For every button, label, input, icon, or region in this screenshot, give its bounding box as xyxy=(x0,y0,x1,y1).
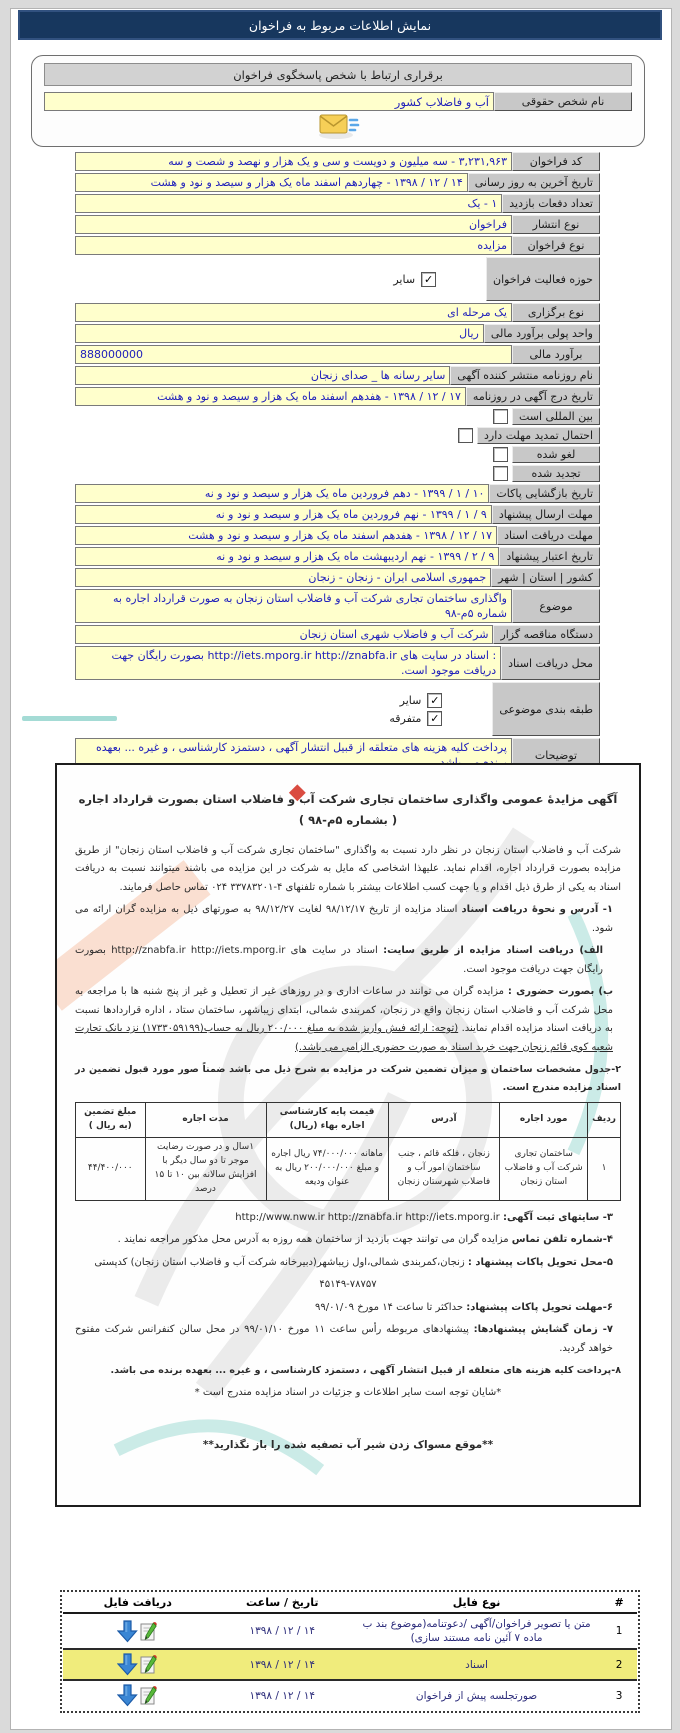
download-file-button[interactable] xyxy=(117,1684,138,1707)
field-label: نوع برگزاری xyxy=(512,303,600,322)
edit-file-button[interactable] xyxy=(139,1621,159,1642)
doc-table-cell: زنجان ، فلکه قائم ، جنب ساختمان امور آب … xyxy=(388,1138,500,1201)
doc-table-header-cell: مدت اجاره xyxy=(145,1103,266,1138)
checkbox-option xyxy=(79,428,473,443)
field-label: تجدید شده xyxy=(512,465,600,482)
field-label: نوع انتشار xyxy=(512,215,600,234)
doc-table-cell: ۴۴/۴۰۰/۰۰۰ xyxy=(76,1138,146,1201)
attachments-panel: #نوع فایلتاریخ / ساعتدریافت فایل 1متن یا… xyxy=(60,1590,640,1713)
field-label: دستگاه مناقصه گزار xyxy=(493,625,600,644)
checked-checkbox-icon[interactable]: ✓ xyxy=(427,711,442,726)
unchecked-checkbox-icon[interactable] xyxy=(493,409,508,424)
attachment-actions xyxy=(63,1680,213,1710)
edit-file-icon xyxy=(139,1685,159,1706)
field-value[interactable]: ۱ - یک xyxy=(75,194,502,213)
form-row: تاریخ درج آگهی در روزنامه۱۷ / ۱۲ / ۱۳۹۸ … xyxy=(75,387,600,406)
attachment-actions xyxy=(63,1613,213,1649)
document-paragraph: ۵-محل تحویل پاکات پیشنهاد : زنجان،کمربند… xyxy=(75,1254,621,1273)
form-row: نوع برگزارییک مرحله ای xyxy=(75,303,600,322)
form-row: واحد پولی برآورد مالیریال xyxy=(75,324,600,343)
field-value[interactable]: فراخوان xyxy=(75,215,512,234)
attachment-action-icons xyxy=(67,1620,209,1643)
edit-file-button[interactable] xyxy=(139,1685,159,1706)
field-checkbox-group xyxy=(75,465,512,482)
field-value[interactable]: ۹ / ۱ / ۱۳۹۹ - نهم فروردین ماه یک هزار و… xyxy=(75,505,492,524)
contact-panel-header: برقراری ارتباط با شخص پاسخگوی فراخوان xyxy=(44,63,632,86)
field-label: حوزه فعالیت فراخوان xyxy=(486,257,600,301)
announcement-body-bottom: ۳- سایتهای ثبت آگهی: http://www.nww.ir h… xyxy=(75,1209,621,1507)
attachments-header-cell: نوع فایل xyxy=(352,1593,601,1613)
form-row: مهلت ارسال پیشنهاد۹ / ۱ / ۱۳۹۹ - نهم فرو… xyxy=(75,505,600,524)
legal-person-label: نام شخص حقوقی xyxy=(494,92,632,111)
legal-person-input[interactable]: آب و فاضلاب کشور xyxy=(44,92,494,111)
field-value[interactable]: واگذاری ساختمان تجاری شرکت آب و فاضلاب ا… xyxy=(75,589,512,623)
form-row: تجدید شده xyxy=(75,465,600,482)
contact-panel: برقراری ارتباط با شخص پاسخگوی فراخوان نا… xyxy=(31,55,645,147)
document-paragraph: **موقع مسواک زدن شیر آب تصفیه شده را باز… xyxy=(75,1436,621,1455)
page-title-bar: نمایش اطلاعات مربوط به فراخوان xyxy=(18,10,662,40)
field-label: واحد پولی برآورد مالی xyxy=(484,324,600,343)
field-label: احتمال تمدید مهلت دارد xyxy=(477,427,600,444)
field-value[interactable]: ۱۴ / ۱۲ / ۱۳۹۸ - چهاردهم اسفند ماه یک هز… xyxy=(75,173,468,192)
download-file-icon xyxy=(117,1684,138,1707)
tender-info-page: نمایش اطلاعات مربوط به فراخوان برقراری ا… xyxy=(0,0,680,1733)
field-value[interactable]: ۳,۲۳۱,۹۶۳ - سه میلیون و دویست و سی و یک … xyxy=(75,152,512,171)
attachment-action-icons xyxy=(67,1684,209,1707)
form-row: تعداد دفعات بازدید۱ - یک xyxy=(75,194,600,213)
tender-details-form: کد فراخوان۳,۲۳۱,۹۶۳ - سه میلیون و دویست … xyxy=(75,152,600,774)
announcement-title: آگهی مزایدهٔ عمومی واگذاری ساختمان تجاری… xyxy=(75,789,621,832)
document-paragraph: ۴۵۱۴۹-۷۸۷۵۷ xyxy=(75,1276,621,1295)
field-label: نوع فراخوان xyxy=(512,236,600,255)
download-file-button[interactable] xyxy=(117,1620,138,1643)
attachment-number: 1 xyxy=(601,1613,637,1649)
field-label: نام روزنامه منتشر کننده آگهی xyxy=(450,366,600,385)
attachments-header-cell: # xyxy=(601,1593,637,1613)
doc-table-header-cell: مبلغ تضمین (به ریال ) xyxy=(76,1103,146,1138)
document-paragraph: ۳- سایتهای ثبت آگهی: http://www.nww.ir h… xyxy=(75,1209,621,1228)
field-checkbox-group: ✓سایر xyxy=(75,257,486,301)
attachment-file-type: متن یا تصویر فراخوان/آگهی /دعوتنامه(موضو… xyxy=(352,1613,601,1649)
edit-file-icon xyxy=(139,1654,159,1675)
field-label: تاریخ اعتبار پیشنهاد xyxy=(499,547,600,566)
attachment-number: 2 xyxy=(601,1649,637,1680)
form-row: کشور | استان | شهرجمهوری اسلامی ایران - … xyxy=(75,568,600,587)
field-checkbox-group: ✓سایر✓متفرقه xyxy=(75,682,492,736)
field-value[interactable]: یک مرحله ای xyxy=(75,303,512,322)
edit-file-button[interactable] xyxy=(139,1654,159,1675)
unchecked-checkbox-icon[interactable] xyxy=(493,466,508,481)
field-label: مهلت دریافت اسناد xyxy=(497,526,600,545)
announcement-body-top: شرکت آب و فاضلاب استان زنجان در نظر دارد… xyxy=(75,842,621,1097)
form-row: تاریخ اعتبار پیشنهاد۹ / ۲ / ۱۳۹۹ - نهم ا… xyxy=(75,547,600,566)
field-checkbox-group xyxy=(75,446,512,463)
form-row: لغو شده xyxy=(75,446,600,463)
form-row: موضوعواگذاری ساختمان تجاری شرکت آب و فاض… xyxy=(75,589,600,623)
doc-table-cell: ۱ xyxy=(588,1138,621,1201)
field-label: بین المللی است xyxy=(512,408,600,425)
form-row: دستگاه مناقصه گزارشرکت آب و فاضلاب شهری … xyxy=(75,625,600,644)
form-row: نوع فراخوانمزایده xyxy=(75,236,600,255)
doc-table-cell: ماهانه ۷۴/۰۰۰/۰۰۰ ریال اجاره و مبلغ ۲۰۰/… xyxy=(266,1138,388,1201)
attachment-file-type: اسناد xyxy=(352,1649,601,1680)
checkbox-option xyxy=(79,409,508,424)
attachment-row: 1متن یا تصویر فراخوان/آگهی /دعوتنامه(موض… xyxy=(63,1613,637,1649)
download-file-button[interactable] xyxy=(117,1653,138,1676)
document-paragraph: الف) دریافت اسناد مزایده از طریق سایت: ا… xyxy=(75,942,621,979)
document-paragraph: ۱- آدرس و نحوهٔ دریافت اسناد اسناد مزاید… xyxy=(75,901,621,938)
attachments-table: #نوع فایلتاریخ / ساعتدریافت فایل 1متن یا… xyxy=(63,1593,637,1710)
document-paragraph: ۶-مهلت تحویل پاکات پیشنهاد: حداکثر تا سا… xyxy=(75,1299,621,1318)
form-row: نام روزنامه منتشر کننده آگهیسایر رسانه ه… xyxy=(75,366,600,385)
field-label: تاریخ درج آگهی در روزنامه xyxy=(466,387,600,406)
envelope-icon xyxy=(315,110,361,140)
doc-table-header-cell: ردیف xyxy=(588,1103,621,1138)
checkbox-option xyxy=(79,466,508,481)
field-value[interactable]: سایر رسانه ها _ صدای زنجان xyxy=(75,366,450,385)
field-value[interactable]: : اسناد در سایت های http://iets.mporg.ir… xyxy=(75,646,501,680)
attachment-action-icons xyxy=(67,1653,209,1676)
field-value[interactable]: مزایده xyxy=(75,236,512,255)
field-value[interactable]: ۱۷ / ۱۲ / ۱۳۹۸ - هفدهم اسفند ماه یک هزار… xyxy=(75,526,497,545)
attachment-actions xyxy=(63,1649,213,1680)
attachment-date: ۱۴ / ۱۲ / ۱۳۹۸ xyxy=(213,1680,352,1710)
download-file-icon xyxy=(117,1620,138,1643)
form-row: کد فراخوان۳,۲۳۱,۹۶۳ - سه میلیون و دویست … xyxy=(75,152,600,171)
field-label: لغو شده xyxy=(512,446,600,463)
field-label: برآورد مالی xyxy=(512,345,600,364)
doc-table-header-cell: آدرس xyxy=(388,1103,500,1138)
field-value[interactable]: 888000000 xyxy=(75,345,512,364)
field-label: کشور | استان | شهر xyxy=(491,568,600,587)
doc-table-row: ۱ساختمان تجاری شرکت آب و فاضلاب استان زن… xyxy=(76,1138,621,1201)
checkbox-label: سایر xyxy=(393,272,415,287)
checked-checkbox-icon[interactable]: ✓ xyxy=(427,693,442,708)
field-value[interactable]: ۹ / ۲ / ۱۳۹۹ - نهم اردیبهشت ماه یک هزار … xyxy=(75,547,499,566)
form-row: طبقه بندی موضوعی✓سایر✓متفرقه xyxy=(75,682,600,736)
checkbox-option: ✓سایر xyxy=(79,693,442,708)
page-title: نمایش اطلاعات مربوط به فراخوان xyxy=(249,18,431,33)
contact-panel-header-label: برقراری ارتباط با شخص پاسخگوی فراخوان xyxy=(233,68,443,82)
checkbox-option: ✓متفرقه xyxy=(79,711,442,726)
attachments-header-cell: دریافت فایل xyxy=(63,1593,213,1613)
attachments-header-cell: تاریخ / ساعت xyxy=(213,1593,352,1613)
form-row: برآورد مالی888000000 xyxy=(75,345,600,364)
edit-file-icon xyxy=(139,1621,159,1642)
attachment-date: ۱۴ / ۱۲ / ۱۳۹۸ xyxy=(213,1613,352,1649)
doc-table-header-cell: مورد اجاره xyxy=(500,1103,588,1138)
field-label: موضوع xyxy=(512,589,600,623)
field-value[interactable]: شرکت آب و فاضلاب شهری استان زنجان xyxy=(75,625,493,644)
field-label: تاریخ آخرین به روز رسانی xyxy=(468,173,600,192)
attachment-number: 3 xyxy=(601,1680,637,1710)
form-row: محل دریافت اسناد: اسناد در سایت های http… xyxy=(75,646,600,680)
document-paragraph: ۲-جدول مشخصات ساختمان و میزان تضمین شرکت… xyxy=(75,1061,621,1096)
field-label: تاریخ بازگشایی پاکات xyxy=(489,484,600,503)
checked-checkbox-icon[interactable]: ✓ xyxy=(421,272,436,287)
legal-person-row: نام شخص حقوقی آب و فاضلاب کشور xyxy=(44,92,632,111)
building-specs-table: ردیفمورد اجارهآدرسقیمت پایه کارشناسی اجا… xyxy=(75,1102,621,1201)
document-paragraph: ۷- زمان گشایش پیشنهادها: پیشنهادهای مربو… xyxy=(75,1321,621,1358)
send-email-button[interactable] xyxy=(315,110,361,144)
download-file-icon xyxy=(117,1653,138,1676)
field-label: کد فراخوان xyxy=(512,152,600,171)
document-paragraph: ۴-شماره تلفن تماس مزایده گران می توانند … xyxy=(75,1231,621,1250)
form-row: حوزه فعالیت فراخوان✓سایر xyxy=(75,257,600,301)
document-paragraph: ب) بصورت حضوری : مزایده گران می توانند د… xyxy=(75,983,621,1057)
field-checkbox-group xyxy=(75,408,512,425)
form-row: نوع انتشارفراخوان xyxy=(75,215,600,234)
doc-table-header-row: ردیفمورد اجارهآدرسقیمت پایه کارشناسی اجا… xyxy=(76,1103,621,1138)
form-row: احتمال تمدید مهلت دارد xyxy=(75,427,600,444)
attachment-row: 3صورتجلسه پیش از فراخوان۱۴ / ۱۲ / ۱۳۹۸ xyxy=(63,1680,637,1710)
field-value[interactable]: ریال xyxy=(75,324,484,343)
attachment-row: 2اسناد۱۴ / ۱۲ / ۱۳۹۸ xyxy=(63,1649,637,1680)
document-paragraph: ۸-پرداخت کلیه هزینه های متعلقه از قبیل ا… xyxy=(75,1362,621,1380)
checkbox-option: ✓سایر xyxy=(79,272,436,287)
attachments-header-row: #نوع فایلتاریخ / ساعتدریافت فایل xyxy=(63,1593,637,1613)
field-value[interactable]: ۱۰ / ۱ / ۱۳۹۹ - دهم فروردین ماه یک هزار … xyxy=(75,484,489,503)
field-label: محل دریافت اسناد xyxy=(501,646,600,680)
field-label: تعداد دفعات بازدید xyxy=(502,194,600,213)
form-row: تاریخ بازگشایی پاکات۱۰ / ۱ / ۱۳۹۹ - دهم … xyxy=(75,484,600,503)
form-row: بین المللی است xyxy=(75,408,600,425)
scanned-announcement-document: آگهی مزایدهٔ عمومی واگذاری ساختمان تجاری… xyxy=(55,763,641,1507)
attachment-date: ۱۴ / ۱۲ / ۱۳۹۸ xyxy=(213,1649,352,1680)
form-row: مهلت دریافت اسناد۱۷ / ۱۲ / ۱۳۹۸ - هفدهم … xyxy=(75,526,600,545)
field-label: مهلت ارسال پیشنهاد xyxy=(492,505,600,524)
checkbox-option xyxy=(79,447,508,462)
field-label: طبقه بندی موضوعی xyxy=(492,682,600,736)
unchecked-checkbox-icon[interactable] xyxy=(458,428,473,443)
attachment-file-type: صورتجلسه پیش از فراخوان xyxy=(352,1680,601,1710)
field-value[interactable]: جمهوری اسلامی ایران - زنجان - زنجان xyxy=(75,568,491,587)
form-row: تاریخ آخرین به روز رسانی۱۴ / ۱۲ / ۱۳۹۸ -… xyxy=(75,173,600,192)
watermark-teal-strip xyxy=(22,716,117,721)
checkbox-label: متفرقه xyxy=(389,711,421,726)
field-checkbox-group xyxy=(75,427,477,444)
doc-table-cell: ساختمان تجاری شرکت آب و فاضلاب استان زنج… xyxy=(500,1138,588,1201)
field-value[interactable]: ۱۷ / ۱۲ / ۱۳۹۸ - هفدهم اسفند ماه یک هزار… xyxy=(75,387,466,406)
document-paragraph: شرکت آب و فاضلاب استان زنجان در نظر دارد… xyxy=(75,842,621,898)
doc-table-header-cell: قیمت پایه کارشناسی اجاره بهاء (ریال) xyxy=(266,1103,388,1138)
checkbox-label: سایر xyxy=(400,693,422,708)
document-paragraph: *شایان توجه است سایر اطلاعات و جزئیات در… xyxy=(75,1384,621,1403)
doc-table-cell: ۱سال و در صورت رضایت موجر تا دو سال دیگر… xyxy=(145,1138,266,1201)
unchecked-checkbox-icon[interactable] xyxy=(493,447,508,462)
